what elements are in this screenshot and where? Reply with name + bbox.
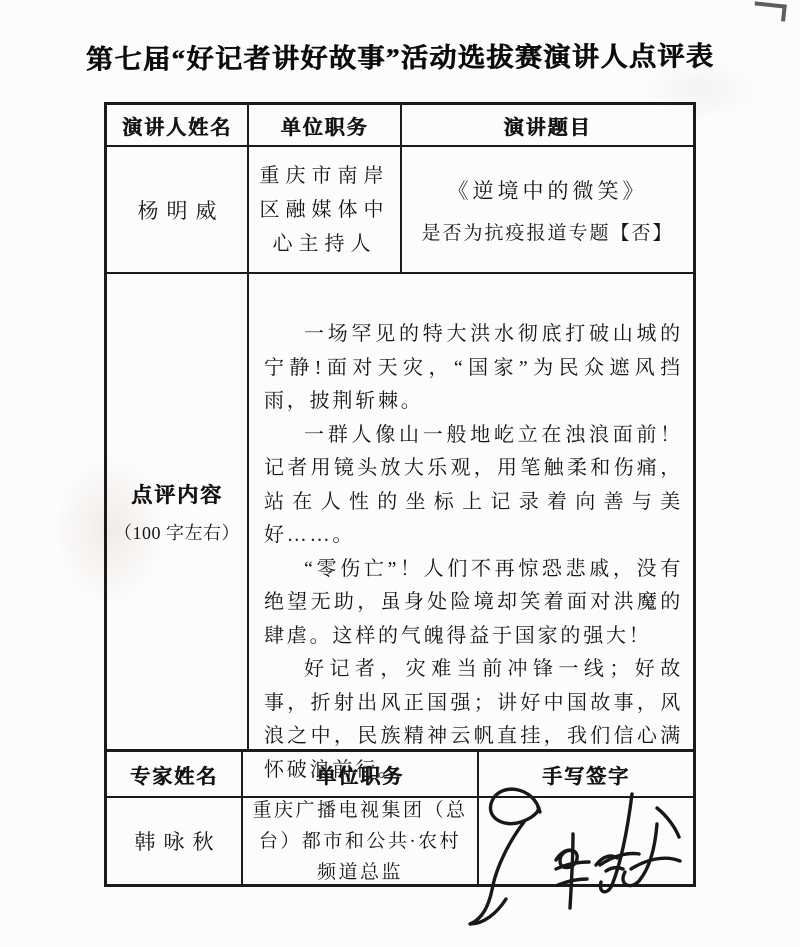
expert-position-cell: 重庆广播电视集团（总台）都市和公共·农村频道总监 bbox=[243, 798, 479, 884]
comment-paragraph: 一场罕见的特大洪水彻底打破山城的宁静!面对天灾，“国家”为民众遮风挡雨，披荆斩棘… bbox=[264, 318, 683, 419]
comment-content-cell: 一场罕见的特大洪水彻底打破山城的宁静!面对天灾，“国家”为民众遮风挡雨，披荆斩棘… bbox=[249, 274, 693, 752]
speaker-position-cell: 重庆市南岸区融媒体中心主持人 bbox=[249, 147, 402, 274]
expert-name-cell: 韩咏秋 bbox=[107, 798, 243, 884]
page-title: 第七届“好记者讲好故事”活动选拔赛演讲人点评表 bbox=[0, 34, 800, 77]
comment-row: 点评内容 （100 字左右） 一场罕见的特大洪水彻底打破山城的宁静!面对天灾，“… bbox=[107, 274, 693, 752]
scanned-document-page: 第七届“好记者讲好故事”活动选拔赛演讲人点评表 演讲人姓名 单位职务 演讲题目 … bbox=[0, 0, 800, 947]
speaker-name-cell: 杨明威 bbox=[107, 147, 249, 274]
speech-topic-cell: 《逆境中的微笑》 是否为抗疫报道专题【否】 bbox=[402, 147, 693, 274]
speech-topic-title: 《逆境中的微笑》 bbox=[448, 175, 648, 205]
handwritten-signature bbox=[460, 772, 700, 937]
speaker-row: 杨明威 重庆市南岸区融媒体中心主持人 《逆境中的微笑》 是否为抗疫报道专题【否】 bbox=[107, 147, 693, 274]
scan-artifact bbox=[753, 1, 787, 21]
header-expert-name: 专家姓名 bbox=[107, 752, 243, 798]
speech-topic-note: 是否为抗疫报道专题【否】 bbox=[421, 218, 673, 245]
header-expert-unit: 单位职务 bbox=[243, 752, 479, 798]
comment-label: 点评内容 bbox=[131, 479, 223, 509]
header-unit-position: 单位职务 bbox=[249, 105, 402, 147]
header-speech-topic: 演讲题目 bbox=[402, 105, 693, 147]
comment-paragraph: 一群人像山一般地屹立在浊浪面前！记者用镜头放大乐观，用笔触柔和伤痛，站在人性的坐… bbox=[264, 419, 683, 553]
comment-paragraph: “零伤亡”！人们不再惊恐悲戚，没有绝望无助，虽身处险境却笑着面对洪魔的肆虐。这样… bbox=[264, 553, 683, 654]
comment-label-note: （100 字左右） bbox=[114, 519, 240, 545]
header-speaker-name: 演讲人姓名 bbox=[107, 105, 249, 147]
comment-label-cell: 点评内容 （100 字左右） bbox=[107, 274, 249, 752]
speaker-header-row: 演讲人姓名 单位职务 演讲题目 bbox=[107, 105, 693, 147]
evaluation-table: 演讲人姓名 单位职务 演讲题目 杨明威 重庆市南岸区融媒体中心主持人 《逆境中的… bbox=[104, 102, 696, 887]
